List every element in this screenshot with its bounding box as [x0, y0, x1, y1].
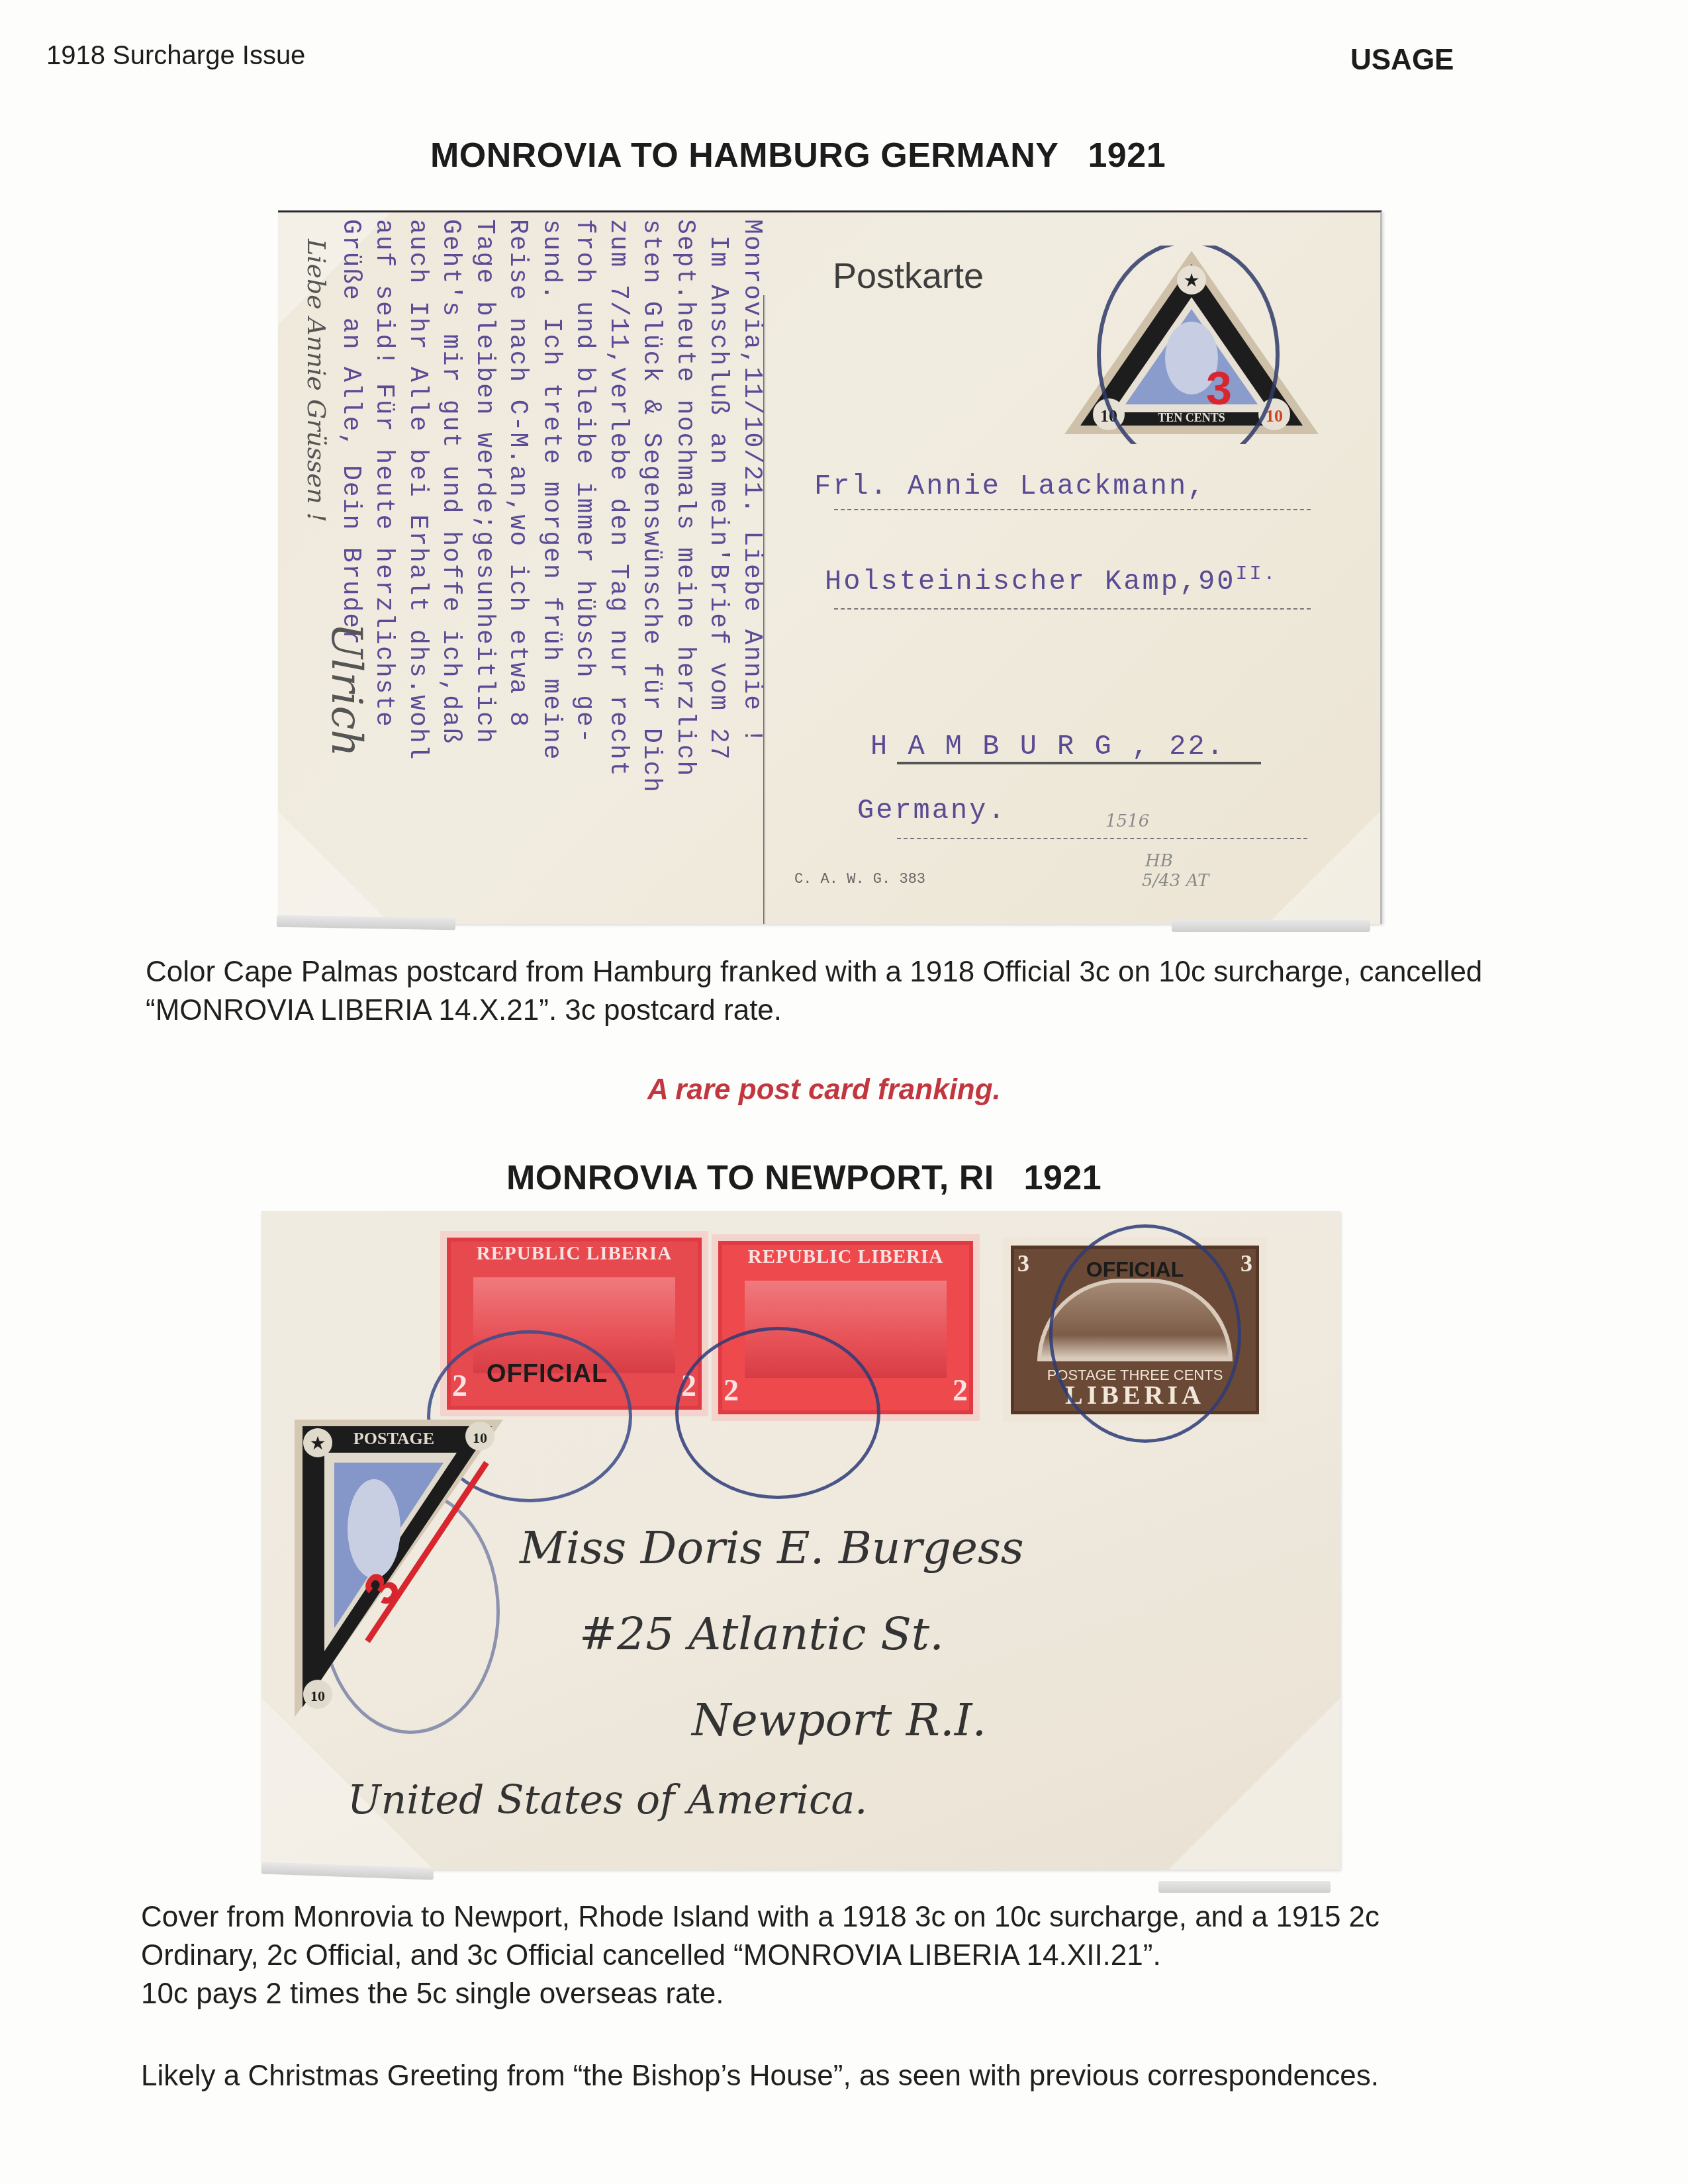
mount-corner	[1268, 811, 1380, 924]
svg-text:POSTAGE: POSTAGE	[353, 1429, 434, 1448]
address-line-3: Newport R.I.	[692, 1694, 986, 1747]
mount-strip	[1158, 1881, 1331, 1893]
svg-text:10: 10	[473, 1430, 487, 1446]
caption-line: Cover from Monrovia to Newport, Rhode Is…	[141, 1898, 1630, 1936]
postcard-image: Monrovia,11/10/21. Liebe Annie ! Im Ansc…	[278, 210, 1382, 924]
svg-text:★: ★	[309, 1433, 326, 1453]
street-suffix: II.	[1236, 563, 1278, 586]
imprint: C. A. W. G. 383	[794, 871, 925, 887]
svg-text:10: 10	[310, 1688, 325, 1704]
pencil-note: 5/43 AT	[1142, 871, 1209, 891]
caption-line: Ordinary, 2c Official, and 3c Official c…	[141, 1936, 1630, 1975]
address-line-2: #25 Atlantic St.	[579, 1608, 944, 1661]
svg-text:★: ★	[1183, 270, 1199, 291]
item1-caption: Color Cape Palmas postcard from Hamburg …	[146, 953, 1602, 1030]
address-line-4: United States of America.	[348, 1777, 867, 1823]
cover-image: REPUBLIC LIBERIA 2 2 OFFICIAL REPUBLIC L…	[261, 1211, 1340, 1870]
postcard-divider	[763, 295, 765, 924]
stamp-value: 2	[953, 1373, 968, 1408]
section-label: 1918 Surcharge Issue	[46, 41, 305, 71]
svg-text:3: 3	[1206, 363, 1232, 414]
postkarte-heading: Postkarte	[833, 255, 984, 296]
category-label: USAGE	[1350, 44, 1454, 77]
mount-strip	[277, 915, 455, 931]
address-line	[834, 608, 1311, 610]
mount-corner	[1168, 1698, 1340, 1870]
caption-line: 10c pays 2 times the 5c single overseas …	[141, 1975, 1630, 2013]
item2-caption: Cover from Monrovia to Newport, Rhode Is…	[141, 1898, 1630, 2013]
address-line	[897, 838, 1307, 839]
item1-highlight: A rare post card franking.	[647, 1073, 1001, 1107]
item2-note: Likely a Christmas Greeting from “the Bi…	[141, 2057, 1630, 2095]
handwritten-greeting: Liebe Annie Grüssen !	[302, 239, 331, 522]
recipient-country: Germany.	[857, 795, 1007, 827]
recipient-street: Holsteinischer Kamp,90II.	[825, 563, 1278, 598]
item2-title: MONROVIA TO NEWPORT, RI 1921	[506, 1158, 1102, 1198]
handwritten-signature: Ulrich	[322, 623, 371, 757]
stamp-header: REPUBLIC LIBERIA	[718, 1246, 973, 1268]
recipient-name: Frl. Annie Laackmann,	[814, 471, 1206, 502]
address-line	[897, 762, 1261, 764]
cancel-ring	[1049, 1224, 1241, 1443]
recipient-city: H A M B U R G , 22.	[870, 731, 1225, 762]
postcard-message: Monrovia,11/10/21. Liebe Annie ! Im Ansc…	[334, 219, 769, 794]
cancel-ring	[675, 1327, 880, 1499]
stamp-header: REPUBLIC LIBERIA	[447, 1243, 702, 1265]
address-line-1: Miss Doris E. Burgess	[520, 1522, 1024, 1574]
address-line	[834, 509, 1311, 510]
street-text: Holsteinischer Kamp,90	[825, 566, 1236, 598]
triangle-stamp-icon: ★ 10 10 TEN CENTS 3	[1059, 246, 1324, 444]
item1-title: MONROVIA TO HAMBURG GERMANY 1921	[430, 136, 1166, 175]
mount-corner	[278, 811, 391, 924]
pencil-note: 1516	[1105, 811, 1149, 831]
triangle-stamp-surcharged-icon: ★ POSTAGE 10 10 3	[288, 1416, 506, 1721]
mount-strip	[1172, 920, 1370, 932]
pencil-note: HB	[1145, 851, 1173, 871]
